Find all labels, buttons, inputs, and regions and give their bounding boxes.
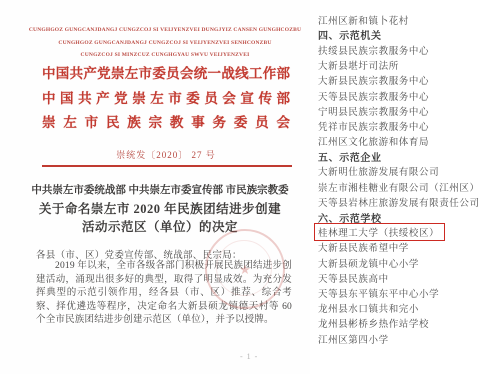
item-label: 大新县硕龙镇中心小学 xyxy=(318,256,419,270)
item-label: 宁明县民族宗教服务中心 xyxy=(318,104,429,118)
list-item: 江州区新和镇卜花村 xyxy=(318,12,498,27)
section-header: 五、示范企业 xyxy=(318,149,498,164)
zhuang-romanization-block: CUNGHGOZ GUNGCANJDANGJ CUNGZCOJ SI VEIJY… xyxy=(20,24,310,62)
page: CUNGHGOZ GUNGCANJDANGJ CUNGZCOJ SI VEIJY… xyxy=(0,0,500,374)
list-item: 宁明县民族宗教服务中心 xyxy=(318,103,498,118)
item-label: 五、示范企业 xyxy=(318,149,382,164)
list-item: 天等县岩林庄旅游发展有限责任公司 xyxy=(318,194,498,209)
item-label: 天等县岩林庄旅游发展有限责任公司 xyxy=(318,195,480,209)
item-label: 大新县堪圩司法所 xyxy=(318,58,399,72)
official-seal: ★ xyxy=(205,229,285,309)
issuing-organs-header: 中国共产党崇左市委员会统一战线工作部 中国共产党崇左市委员会宣传部 崇左市民族宗… xyxy=(42,62,290,136)
list-item: 大新县民族希望中学 xyxy=(318,240,498,255)
item-label: 江州区新和镇卜花村 xyxy=(318,13,409,27)
list-item: 桂林理工大学（扶绥校区） xyxy=(318,225,498,240)
item-label: 江州区第四小学 xyxy=(318,332,389,346)
list-item: 大新县堪圩司法所 xyxy=(318,58,498,73)
section-header: 四、示范机关 xyxy=(318,27,498,42)
award-list: 江州区新和镇卜花村四、示范机关扶绥县民族宗教服务中心大新县堪圩司法所大新县民族宗… xyxy=(318,12,498,346)
item-label: 大新县民族希望中学 xyxy=(318,240,409,254)
item-label: 龙州县水口镇共和完小 xyxy=(318,301,419,315)
organ-name: 中国共产党崇左市委员会统一战线工作部 xyxy=(42,62,290,87)
item-label: 扶绥县民族宗教服务中心 xyxy=(318,43,429,57)
list-item: 江州区第四小学 xyxy=(318,331,498,346)
item-label: 江州区文化旅游和体育局 xyxy=(318,134,429,148)
zhuang-line: CUNGHGOZ GUNGCANJDANGJ CUNGZCOJ SI VEIJY… xyxy=(20,37,310,50)
official-document: CUNGHGOZ GUNGCANJDANGJ CUNGZCOJ SI VEIJY… xyxy=(0,0,310,374)
highlighted-item-label: 桂林理工大学（扶绥校区） xyxy=(314,223,445,242)
seal-inner-ring xyxy=(216,240,272,296)
item-label: 崇左市湘桂糖业有限公司（江州区） xyxy=(318,180,480,194)
item-label: 四、示范机关 xyxy=(318,27,382,42)
list-item: 崇左市湘桂糖业有限公司（江州区） xyxy=(318,179,498,194)
zhuang-line: CUNGZCOJ SI MINZCUZ CUNGHGYAU SWVU VEIJY… xyxy=(20,49,310,62)
list-item: 天等县民族高中 xyxy=(318,270,498,285)
list-item: 扶绥县民族宗教服务中心 xyxy=(318,42,498,57)
item-label: 天等县民族宗教服务中心 xyxy=(318,89,429,103)
item-label: 凭祥市民族宗教服务中心 xyxy=(318,119,429,133)
item-label: 大新县民族宗教服务中心 xyxy=(318,73,429,87)
list-item: 江州区文化旅游和体育局 xyxy=(318,134,498,149)
red-divider xyxy=(42,165,292,167)
organ-name: 崇左市民族宗教事务委员会 xyxy=(42,111,290,136)
list-item: 天等县东平镇东平中心小学 xyxy=(318,285,498,300)
item-label: 大新明仕旅游发展有限公司 xyxy=(318,164,439,178)
list-item: 天等县民族宗教服务中心 xyxy=(318,88,498,103)
page-number: - 1 - xyxy=(240,352,258,361)
document-number: 崇统发〔2020〕 27 号 xyxy=(42,148,290,161)
document-title: 中共崇左市委统战部 中共崇左市委宣传部 市民族宗教委 关于命名崇左市 2020 … xyxy=(30,182,290,236)
item-label: 天等县东平镇东平中心小学 xyxy=(318,286,439,300)
list-item: 大新县民族宗教服务中心 xyxy=(318,73,498,88)
zhuang-line: CUNGHGOZ GUNGCANJDANGJ CUNGZCOJ SI VEIJY… xyxy=(20,24,310,37)
organ-name: 中国共产党崇左市委员会宣传部 xyxy=(42,87,290,112)
title-line: 中共崇左市委统战部 中共崇左市委宣传部 市民族宗教委 xyxy=(30,182,290,200)
item-label: 天等县民族高中 xyxy=(318,271,389,285)
list-item: 凭祥市民族宗教服务中心 xyxy=(318,118,498,133)
list-item: 大新明仕旅游发展有限公司 xyxy=(318,164,498,179)
list-item: 龙州县彬桥乡热作站学校 xyxy=(318,316,498,331)
title-line: 关于命名崇左市 2020 年民族团结进步创建 xyxy=(30,200,290,218)
list-item: 大新县硕龙镇中心小学 xyxy=(318,255,498,270)
item-label: 龙州县彬桥乡热作站学校 xyxy=(318,316,429,330)
list-item: 龙州县水口镇共和完小 xyxy=(318,301,498,316)
